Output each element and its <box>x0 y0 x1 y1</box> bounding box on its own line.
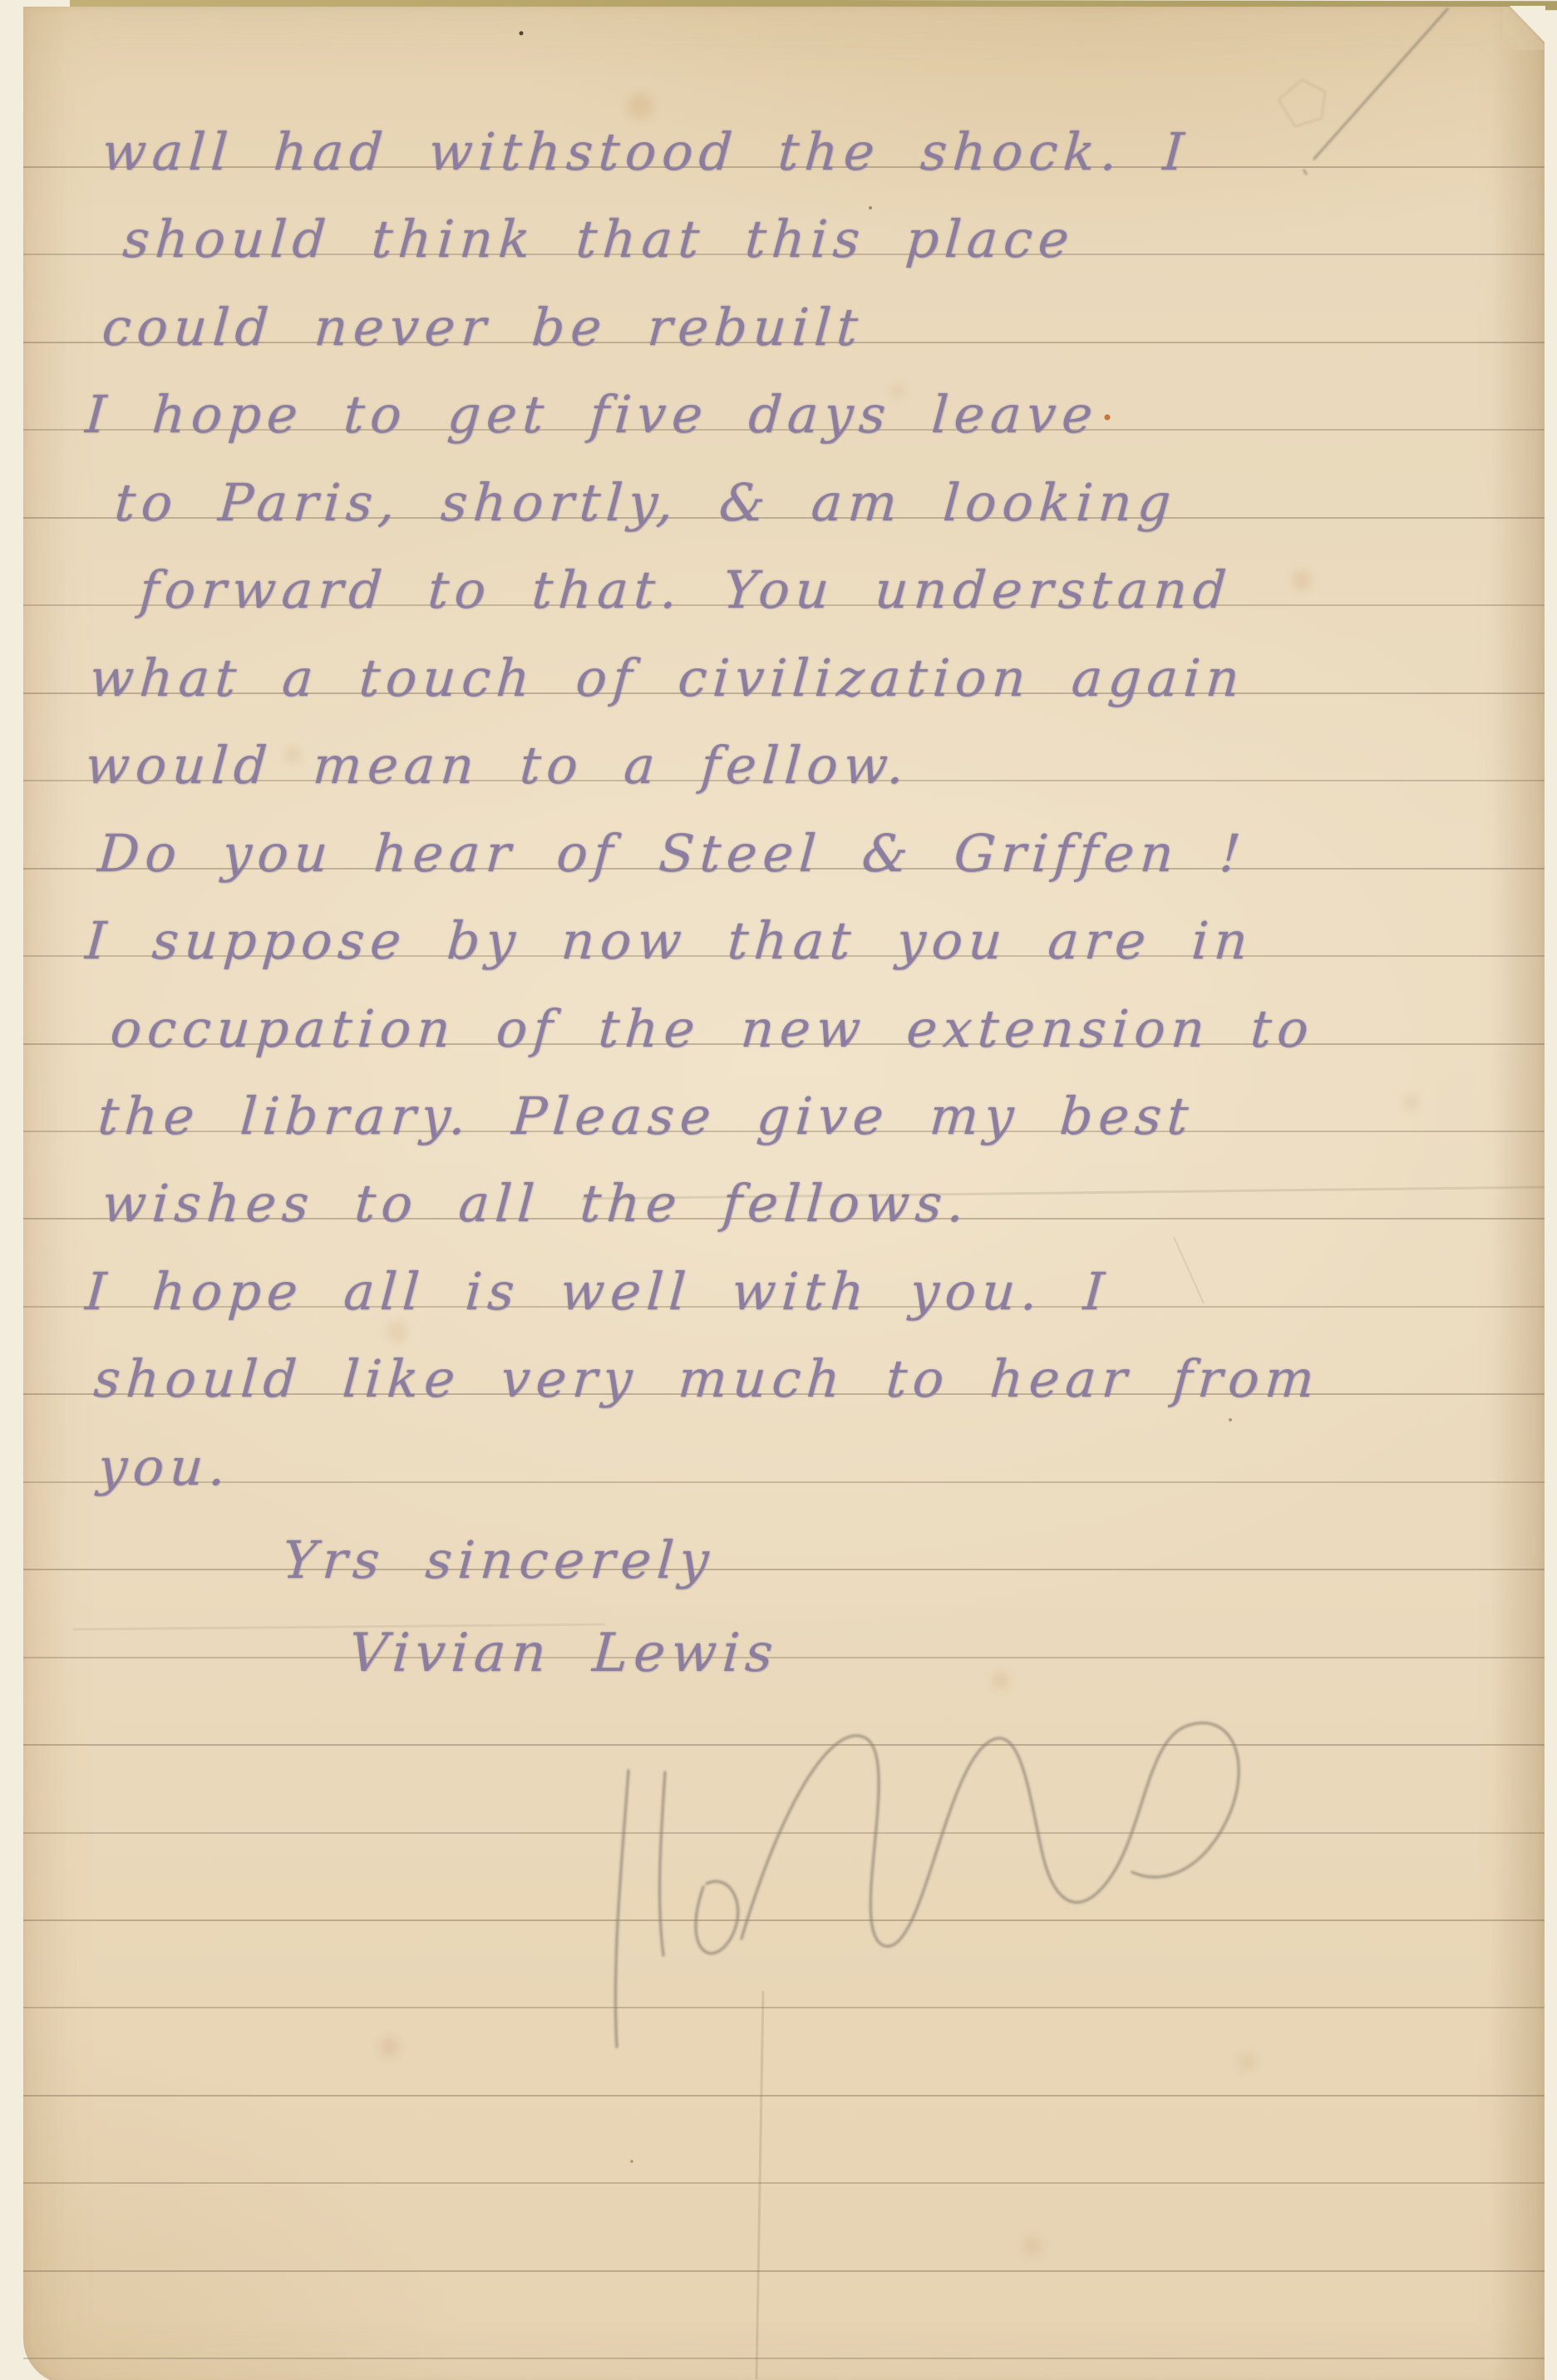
scan-background: you.should like very much to hear fromI … <box>0 0 1557 2380</box>
ruled-line <box>23 2270 1545 2272</box>
foxing-stain <box>627 93 653 120</box>
speck <box>630 2160 633 2163</box>
ruled-line <box>23 2358 1545 2359</box>
ruled-line <box>23 2007 1545 2008</box>
speck <box>1105 415 1111 421</box>
ruled-line <box>23 1569 1545 1570</box>
pencil-dot <box>1303 170 1307 175</box>
pencil-doodle <box>1279 80 1325 126</box>
foxing-stain <box>1239 2053 1255 2070</box>
foxing-stain <box>993 1673 1009 1689</box>
ruled-line <box>23 1919 1545 1921</box>
crease-line <box>1174 1237 1204 1303</box>
foxing-stain <box>379 2037 399 2057</box>
handwritten-line: Do you hear of Steel & Griffen ! <box>96 828 1248 880</box>
ruled-line <box>23 1744 1545 1746</box>
foxing-stain <box>1022 2236 1042 2256</box>
ruled-line <box>23 1657 1545 1658</box>
handwritten-line: would mean to a fellow. <box>84 740 912 791</box>
handwritten-line: the library. Please give my best <box>96 1091 1195 1142</box>
handwritten-line: wishes to all the fellows. <box>101 1178 972 1229</box>
handwritten-line: you. <box>96 1441 233 1493</box>
ruled-line <box>23 1832 1545 1834</box>
handwritten-line: wall had withstood the shock. I <box>101 126 1191 178</box>
handwritten-line: occupation of the new extension to <box>109 1003 1316 1055</box>
speck <box>520 32 524 36</box>
foxing-stain <box>387 1321 408 1343</box>
handwritten-line: to Paris, shortly, & am looking <box>113 477 1178 529</box>
handwritten-line: should like very much to hear from <box>92 1353 1322 1405</box>
crease-line <box>756 1991 763 2379</box>
pencil-stroke <box>1313 8 1448 160</box>
ruled-line <box>23 2182 1545 2184</box>
handwritten-line: forward to that. You understand <box>138 564 1234 616</box>
handwritten-line: I suppose by now that you are in <box>84 915 1255 967</box>
valediction: Yrs sincerely <box>281 1535 717 1586</box>
speck <box>1229 1418 1232 1422</box>
handwritten-line: what a touch of civilization again <box>88 653 1247 704</box>
foxing-stain <box>1292 570 1312 590</box>
signature-name: Vivian Lewis <box>347 1627 781 1680</box>
ruled-line <box>23 1481 1545 1483</box>
handwritten-line: should think that this place <box>121 214 1077 265</box>
ruled-line <box>23 2095 1545 2097</box>
handwritten-line: I hope to get five days leave <box>84 389 1100 441</box>
foxing-stain <box>1404 1095 1419 1110</box>
signature-scrawl <box>615 1723 1239 2047</box>
letter-page: you.should like very much to hear fromI … <box>23 7 1545 2380</box>
handwritten-line: could never be rebuilt <box>101 302 865 353</box>
handwritten-line: I hope all is well with you. I <box>84 1266 1111 1318</box>
